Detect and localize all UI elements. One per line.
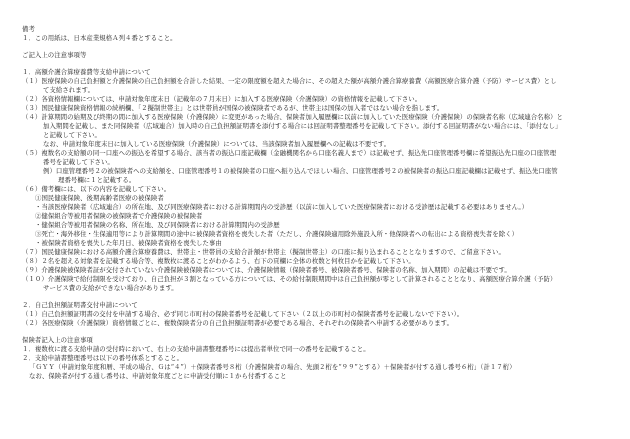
note-line: なお、申請対象年度末日に加入している医療保険（介護保険）については、当該保険者加… xyxy=(43,140,390,148)
note-line: （３）国民健康保険資格情報の続柄欄、「２擬制世帯主」とは世帯員が国保の被保険者で… xyxy=(22,104,443,112)
section1-title: １．高額介護合算療養費等支給申請について xyxy=(22,68,151,76)
note-line: なお、保険者が付する通し番号は、申請対象年度ごとに申請受付順に１から付番すること xyxy=(29,372,287,380)
note-line: （２）各医療保険（介護保険）資格情報ごとに、複数保険者分の自己負担額証明書が必要… xyxy=(22,319,453,327)
remark-item: １．この用紙は、日本産業規格Ａ列４番とすること。 xyxy=(22,34,177,42)
note-line: （６）備考欄には、以下の内容を記載して下さい。 xyxy=(22,185,170,193)
note-line: 加入期間を記載し、また同保険者（広域連合）加入時の自己負担額証明書を添付する場合… xyxy=(43,122,562,130)
note-line: （９）介護保険被保険者証が交付されていない介護保険被保険者については、介護保険情… xyxy=(22,266,511,274)
document-page: 備考 １．この用紙は、日本産業規格Ａ列４番とすること。 ご記入上の注意事項等 １… xyxy=(0,0,630,439)
note-line: （１０）介護保険で給付制限を受けており、自己負担が３割となっている方については、… xyxy=(22,275,556,283)
note-line: 例）口座管理番号２の被保険者への支給額を、口座管理番号１の被保険者の口座へ振り込… xyxy=(43,167,558,175)
note-line: 理番号欄に１と記載する。 xyxy=(58,176,135,184)
note-line: と記載して下さい。 xyxy=(43,131,101,139)
note-line: ・健保組合等被用者保険の名称、所在地、及び同保険者における計算期間内の受診歴 xyxy=(35,221,280,229)
note-line: ③死亡・海外移住・生保適用等により計算期間の途中に被保険者資格を喪失した者（ただ… xyxy=(35,230,518,238)
entry-notes-heading: ご記入上の注意事項等 xyxy=(22,51,86,59)
note-line: （５）複数名の支給額の同一口座への振込を希望する場合、該当者の振込口座記載欄（金… xyxy=(22,149,556,157)
note-line: （８）２名を超える対象者を記載する場合等、複数枚に渡ることがわかるよう、右下の頁… xyxy=(22,257,415,265)
note-line: （１）自己負担額証明書の交付を申請する場合、必ず同じ市町村の保険者番号を記載して… xyxy=(22,310,463,318)
note-line: （４）計算期間の始期及び終期の間に加入する医療保険（介護保険）に変更があった場合… xyxy=(22,113,563,121)
note-line: て支給されます。 xyxy=(43,86,94,94)
note-line: 「ＧＹＹ（申請対象年度和暦、平成の場合、Ｇは“４”）＋保険者番号８桁（介護保険者… xyxy=(29,363,516,371)
note-line: ②健保組合等被用者保険の被保険者で介護保険の被保険者 xyxy=(35,212,202,220)
note-line: サービス費の支給ができない場合があります。 xyxy=(43,284,178,292)
note-line: ・被保険者資格を喪失した年月日、被保険者資格を喪失した事由 xyxy=(35,239,222,247)
section2-title: ２．自己負担額証明書交付申請について xyxy=(22,301,138,309)
remarks-heading: 備考 xyxy=(22,25,35,33)
note-line: （１）医療保険の自己負担額と介護保険の自己負担額を合計した結果、一定の限度額を超… xyxy=(22,77,557,85)
note-line: ①国民健康保険、後期高齢者医療の被保険者 xyxy=(35,194,164,202)
insurer-notes-heading: 保険者記入上の注意事項 xyxy=(22,336,93,344)
note-line: （２）各資格情報欄については、申請対象年度末日（記載年の７月末日）に加入する医療… xyxy=(22,95,421,103)
note-line: （７）国民健康保険における高額介護合算療養費は、世帯主・世帯員の支給合計額が世帯… xyxy=(22,248,505,256)
note-line: 番号を記載して下さい。 xyxy=(43,158,114,166)
note-line: ２．支給申請書整理番号は以下の番号体系とすること。 xyxy=(22,354,183,362)
note-line: ・当該医療保険者（広域連合）の所在地、及び同医療保険者における計算期間内の受診歴… xyxy=(35,203,528,211)
note-line: １．複数枚に渡る支給申請の受付時において、右上の支給申請書整理番号には提出者単位… xyxy=(22,345,370,353)
